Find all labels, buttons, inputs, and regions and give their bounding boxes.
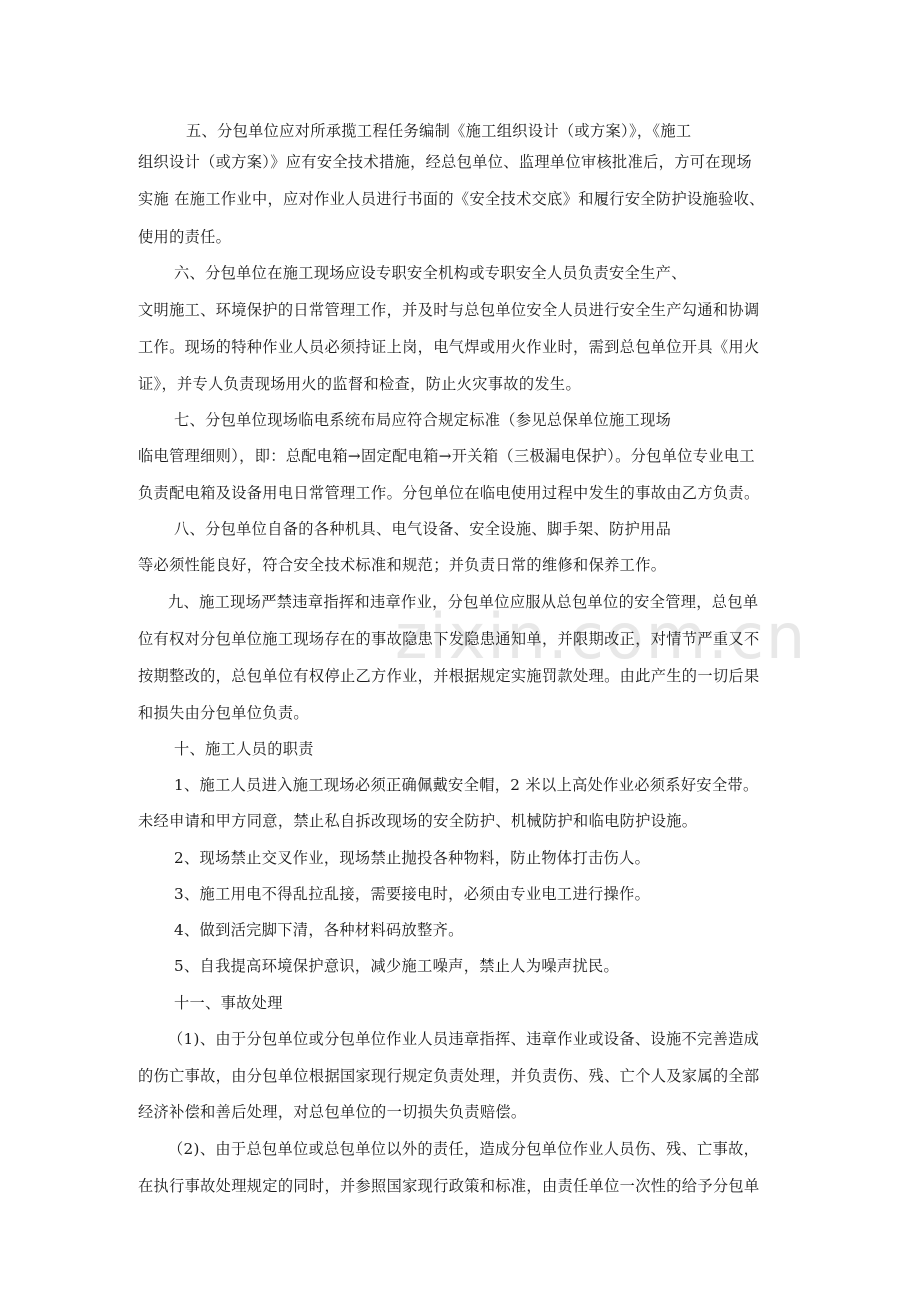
text-line: 5、自我提高环境保护意识，减少施工噪声，禁止人为噪声扰民。 xyxy=(174,956,784,976)
text-line: 六、分包单位在施工现场应设专职安全机构或专职安全人员负责安全生产、 xyxy=(174,263,784,283)
text-line: 九、施工现场严禁违章指挥和违章作业，分包单位应服从总包单位的安全管理，总包单 xyxy=(168,592,784,612)
text-line: 证》，并专人负责现场用火的监督和检查，防止火灾事故的发生。 xyxy=(138,374,784,394)
text-line: 的伤亡事故，由分包单位根据国家现行规定负责处理，并负责伤、残、亡个人及家属的全部 xyxy=(138,1066,784,1086)
text-line: 十、施工人员的职责 xyxy=(174,739,784,759)
document-page: zixin.com.cn 五、分包单位应对所承揽工程任务编制《施工组织设计（或方… xyxy=(0,0,920,1302)
text-line: 等必须性能良好，符合安全技术标准和规范；并负责日常的维修和保养工作。 xyxy=(138,555,784,575)
text-line: 组织设计（或方案）》应有安全技术措施，经总包单位、监理单位审核批准后，方可在现场 xyxy=(138,152,784,172)
text-line: 按期整改的，总包单位有权停止乙方作业，并根据规定实施罚款处理。由此产生的一切后果 xyxy=(138,666,784,686)
text-line: 负责配电箱及设备用电日常管理工作。分包单位在临电使用过程中发生的事故由乙方负责。 xyxy=(138,483,784,503)
text-line: 临电管理细则），即：总配电箱→固定配电箱→开关箱（三极漏电保护）。分包单位专业电… xyxy=(138,446,784,466)
text-line: 八、分包单位自备的各种机具、电气设备、安全设施、脚手架、防护用品 xyxy=(174,519,784,539)
text-line: 使用的责任。 xyxy=(138,227,784,247)
text-line: 位有权对分包单位施工现场存在的事故隐患下发隐患通知单，并限期改正，对情节严重又不 xyxy=(138,629,784,649)
text-line: 在执行事故处理规定的同时，并参照国家现行政策和标准，由责任单位一次性的给予分包单 xyxy=(138,1176,784,1196)
text-line: 经济补偿和善后处理，对总包单位的一切损失负责赔偿。 xyxy=(138,1102,784,1122)
text-line: 4、做到活完脚下清，各种材料码放整齐。 xyxy=(174,920,784,940)
text-line: 文明施工、环境保护的日常管理工作，并及时与总包单位安全人员进行安全生产勾通和协调 xyxy=(138,300,784,320)
text-line: 2、现场禁止交叉作业，现场禁止抛投各种物料，防止物体打击伤人。 xyxy=(174,848,784,868)
text-line: 1、施工人员进入施工现场必须正确佩戴安全帽，2 米以上高处作业必须系好安全带。 xyxy=(174,775,784,795)
text-line: 七、分包单位现场临电系统布局应符合规定标准（参见总保单位施工现场 xyxy=(174,410,784,430)
text-line: 五、分包单位应对所承揽工程任务编制《施工组织设计（或方案）》，《施工 xyxy=(186,121,784,141)
text-line: 十一、事故处理 xyxy=(174,993,784,1013)
text-line: （2)、由于总包单位或总包单位以外的责任，造成分包单位作业人员伤、残、亡事故， xyxy=(168,1139,784,1159)
text-line: 3、施工用电不得乱拉乱接，需要接电时，必须由专业电工进行操作。 xyxy=(174,884,784,904)
text-line: 未经申请和甲方同意，禁止私自拆改现场的安全防护、机械防护和临电防护设施。 xyxy=(138,811,784,831)
text-line: 工作。现场的特种作业人员必须持证上岗，电气焊或用火作业时，需到总包单位开具《用火 xyxy=(138,337,784,357)
text-line: （1)、由于分包单位或分包单位作业人员违章指挥、违章作业或设备、设施不完善造成 xyxy=(168,1029,784,1049)
text-line: 和损失由分包单位负责。 xyxy=(138,703,784,723)
text-line: 实施 在施工作业中，应对作业人员进行书面的《安全技术交底》和履行安全防护设施验收… xyxy=(138,189,784,209)
